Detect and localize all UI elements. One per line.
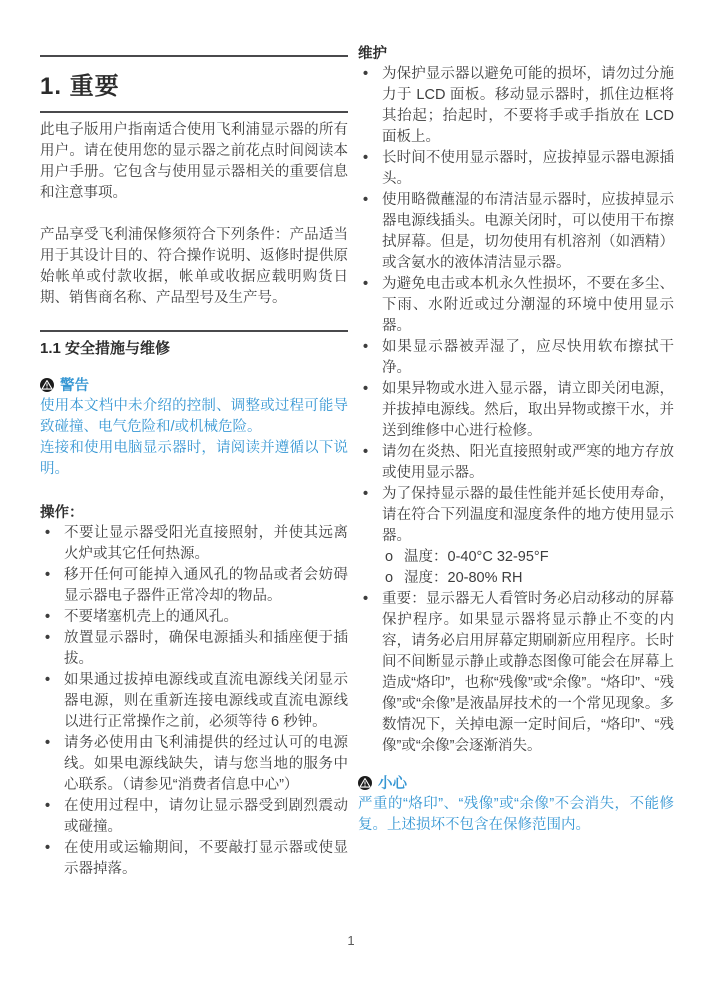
bullet-text: 如果显示器被弄湿了，应尽快用软布擦拭干净。 bbox=[382, 339, 674, 376]
sub-bullet-marker: o bbox=[385, 547, 393, 568]
sub-bullet-marker: o bbox=[385, 568, 393, 589]
chapter-heading: 1. 重要 bbox=[40, 55, 348, 113]
bullet-text: 重要：显示器无人看管时务必启动移动的屏幕保护程序。如果显示器将显示静止不变的内容… bbox=[382, 591, 674, 754]
intro-paragraph-2: 产品享受飞利浦保修须符合下列条件：产品适当用于其设计目的、符合操作说明、返修时提… bbox=[40, 225, 348, 309]
bullet-text: 长时间不使用显示器时，应拔掉显示器电源插头。 bbox=[382, 150, 674, 187]
bullet-item: • 为保护显示器以避免可能的损坏，请勿过分施力于 LCD 面板。移动显示器时，抓… bbox=[358, 64, 674, 148]
bullet-marker: • bbox=[363, 190, 368, 211]
bullet-text: 使用略微蘸湿的布清洁显示器时，应拔掉显示器电源线插头。电源关闭时，可以使用干布擦… bbox=[382, 192, 674, 271]
bullet-marker: • bbox=[363, 274, 368, 295]
bullet-text: 如果通过拔掉电源线或直流电源线关闭显示器电源，则在重新连接电源线或直流电源线以进… bbox=[64, 672, 348, 730]
bullet-text: 不要堵塞机壳上的通风孔。 bbox=[64, 609, 238, 625]
chapter-title: 1. 重要 bbox=[40, 66, 348, 101]
bullet-item: • 为了保持显示器的最佳性能并延长使用寿命，请在符合下列温度和湿度条件的地方使用… bbox=[358, 484, 674, 547]
warning-text-2: 连接和使用电脑显示器时，请阅读并遵循以下说明。 bbox=[40, 438, 348, 480]
warning-icon bbox=[40, 378, 54, 392]
bullet-marker: • bbox=[363, 484, 368, 505]
bullet-item: • 不要堵塞机壳上的通风孔。 bbox=[40, 607, 348, 628]
bullet-marker: • bbox=[363, 589, 368, 610]
bullet-text: 在使用或运输期间，不要敲打显示器或使显示器掉落。 bbox=[64, 840, 348, 877]
caution-text: 严重的“烙印”、“残像”或“余像”不会消失，不能修复。上述损坏不包含在保修范围内… bbox=[358, 794, 674, 836]
bullet-marker: • bbox=[45, 796, 50, 817]
bullet-marker: • bbox=[45, 523, 50, 544]
section-heading: 1.1 安全措施与维修 bbox=[40, 330, 348, 358]
bullet-marker: • bbox=[45, 565, 50, 586]
bullet-marker: • bbox=[45, 628, 50, 649]
bullet-text: 请务必使用由飞利浦提供的经过认可的电源线。如果电源线缺失，请与您当地的服务中心联… bbox=[64, 735, 348, 793]
bullet-marker: • bbox=[363, 442, 368, 463]
bullet-marker: • bbox=[363, 148, 368, 169]
bullet-text: 移开任何可能掉入通风孔的物品或者会妨碍显示器电子器件正常冷却的物品。 bbox=[64, 567, 348, 604]
bullet-text: 为了保持显示器的最佳性能并延长使用寿命，请在符合下列温度和湿度条件的地方使用显示… bbox=[382, 486, 674, 544]
bullet-item: • 放置显示器时，确保电源插头和插座便于插拔。 bbox=[40, 628, 348, 670]
bullet-text: 放置显示器时，确保电源插头和插座便于插拔。 bbox=[64, 630, 348, 667]
maintenance-important-list: • 重要：显示器无人看管时务必启动移动的屏幕保护程序。如果显示器将显示静止不变的… bbox=[358, 589, 674, 757]
right-column: 维护 • 为保护显示器以避免可能的损坏，请勿过分施力于 LCD 面板。移动显示器… bbox=[358, 42, 674, 836]
bullet-marker: • bbox=[363, 379, 368, 400]
condition-item: o 温度：0-40°C 32-95°F bbox=[358, 547, 674, 568]
bullet-item: • 为避免电击或本机永久性损坏，不要在多尘、下雨、水附近或过分潮湿的环境中使用显… bbox=[358, 274, 674, 337]
bullet-text: 如果异物或水进入显示器，请立即关闭电源，并拔掉电源线。然后，取出异物或擦干水，并… bbox=[382, 381, 674, 439]
operation-heading: 操作： bbox=[40, 501, 348, 522]
bullet-marker: • bbox=[45, 838, 50, 859]
bullet-item: • 在使用或运输期间，不要敲打显示器或使显示器掉落。 bbox=[40, 838, 348, 880]
page-number: 1 bbox=[0, 933, 702, 948]
warning-label: 警告 bbox=[60, 374, 89, 395]
bullet-item: • 重要：显示器无人看管时务必启动移动的屏幕保护程序。如果显示器将显示静止不变的… bbox=[358, 589, 674, 757]
caution-icon bbox=[358, 776, 372, 790]
bullet-text: 不要让显示器受阳光直接照射，并使其远离火炉或其它任何热源。 bbox=[64, 525, 348, 562]
bullet-marker: • bbox=[45, 670, 50, 691]
bullet-item: • 如果通过拔掉电源线或直流电源线关闭显示器电源，则在重新连接电源线或直流电源线… bbox=[40, 670, 348, 733]
bullet-item: • 请勿在炎热、阳光直接照射或严寒的地方存放或使用显示器。 bbox=[358, 442, 674, 484]
bullet-marker: • bbox=[363, 64, 368, 85]
bullet-item: • 如果异物或水进入显示器，请立即关闭电源，并拔掉电源线。然后，取出异物或擦干水… bbox=[358, 379, 674, 442]
caution-label: 小心 bbox=[378, 772, 407, 793]
bullet-marker: • bbox=[45, 733, 50, 754]
bullet-text: 请勿在炎热、阳光直接照射或严寒的地方存放或使用显示器。 bbox=[382, 444, 674, 481]
condition-item: o 湿度：20-80% RH bbox=[358, 568, 674, 589]
section-title: 1.1 安全措施与维修 bbox=[40, 337, 348, 358]
condition-text: 温度：0-40°C 32-95°F bbox=[404, 549, 549, 565]
operation-bullet-list: • 不要让显示器受阳光直接照射，并使其远离火炉或其它任何热源。 • 移开任何可能… bbox=[40, 523, 348, 880]
condition-text: 湿度：20-80% RH bbox=[404, 570, 522, 586]
bullet-item: • 不要让显示器受阳光直接照射，并使其远离火炉或其它任何热源。 bbox=[40, 523, 348, 565]
bullet-item: • 在使用过程中，请勿让显示器受到剧烈震动或碰撞。 bbox=[40, 796, 348, 838]
bullet-item: • 如果显示器被弄湿了，应尽快用软布擦拭干净。 bbox=[358, 337, 674, 379]
bullet-text: 为保护显示器以避免可能的损坏，请勿过分施力于 LCD 面板。移动显示器时，抓住边… bbox=[382, 66, 674, 145]
warning-heading: 警告 bbox=[40, 374, 348, 395]
bullet-item: • 使用略微蘸湿的布清洁显示器时，应拔掉显示器电源线插头。电源关闭时，可以使用干… bbox=[358, 190, 674, 274]
bullet-marker: • bbox=[363, 337, 368, 358]
bullet-item: • 移开任何可能掉入通风孔的物品或者会妨碍显示器电子器件正常冷却的物品。 bbox=[40, 565, 348, 607]
warning-text-1: 使用本文档中未介绍的控制、调整或过程可能导致碰撞、电气危险和/或机械危险。 bbox=[40, 396, 348, 438]
bullet-text: 为避免电击或本机永久性损坏，不要在多尘、下雨、水附近或过分潮湿的环境中使用显示器… bbox=[382, 276, 674, 334]
intro-paragraph-1: 此电子版用户指南适合使用飞利浦显示器的所有用户。请在使用您的显示器之前花点时间阅… bbox=[40, 120, 348, 204]
maintenance-heading: 维护 bbox=[358, 42, 674, 63]
condition-list: o 温度：0-40°C 32-95°F o 湿度：20-80% RH bbox=[358, 547, 674, 589]
left-column: 1. 重要 此电子版用户指南适合使用飞利浦显示器的所有用户。请在使用您的显示器之… bbox=[40, 55, 348, 880]
manual-page: 1. 重要 此电子版用户指南适合使用飞利浦显示器的所有用户。请在使用您的显示器之… bbox=[0, 0, 702, 993]
bullet-item: • 长时间不使用显示器时，应拔掉显示器电源插头。 bbox=[358, 148, 674, 190]
caution-heading: 小心 bbox=[358, 772, 674, 793]
bullet-text: 在使用过程中，请勿让显示器受到剧烈震动或碰撞。 bbox=[64, 798, 348, 835]
bullet-item: • 请务必使用由飞利浦提供的经过认可的电源线。如果电源线缺失，请与您当地的服务中… bbox=[40, 733, 348, 796]
bullet-marker: • bbox=[45, 607, 50, 628]
maintenance-bullet-list: • 为保护显示器以避免可能的损坏，请勿过分施力于 LCD 面板。移动显示器时，抓… bbox=[358, 64, 674, 547]
